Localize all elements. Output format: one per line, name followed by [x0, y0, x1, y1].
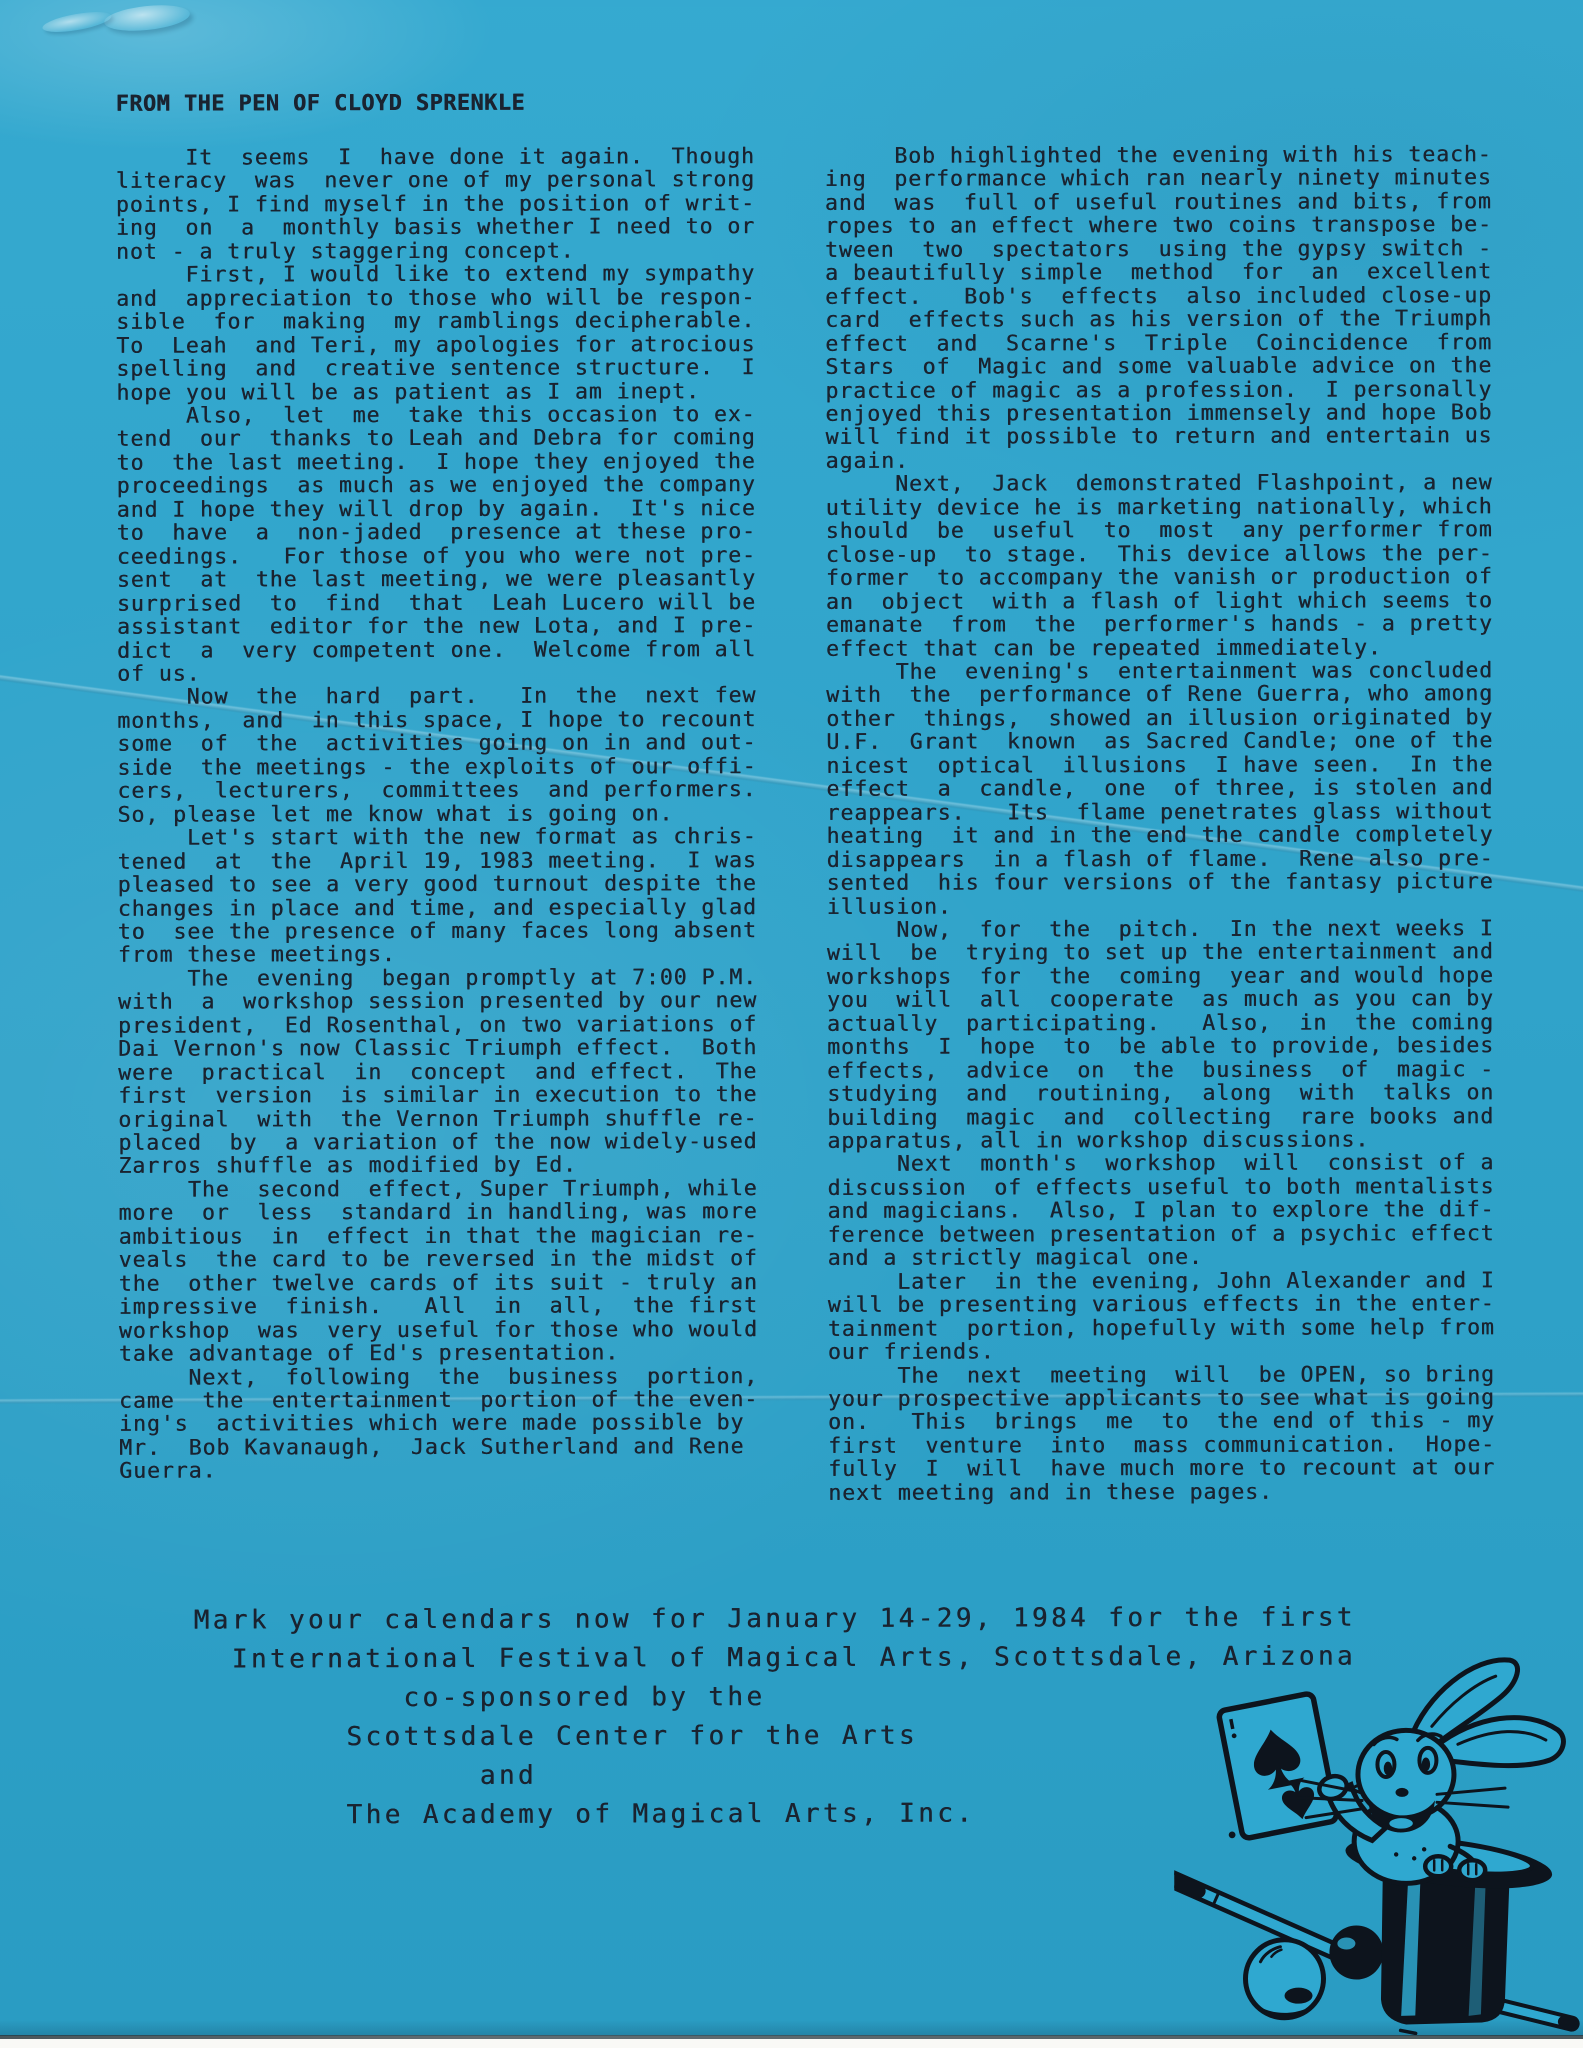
typed-page-content: FROM THE PEN OF CLOYD SPRENKLE It seems …	[0, 0, 1583, 2048]
left-text-column: It seems I have done it again. Though li…	[116, 145, 759, 1483]
wand-knob-icon	[1329, 1925, 1383, 1979]
scan-white-margin	[0, 2039, 1583, 2048]
scan-bottom-shadow	[0, 2020, 1583, 2036]
page-title: FROM THE PEN OF CLOYD SPRENKLE	[116, 91, 525, 117]
ball-icon	[1245, 1940, 1323, 2018]
playing-card-icon	[1218, 1693, 1337, 1839]
rabbit-figure	[1218, 1660, 1564, 1884]
rabbit-magician-illustration	[1174, 1616, 1583, 2037]
ink-speck	[1229, 1831, 1236, 1838]
right-text-column: Bob highlighted the evening with his tea…	[825, 143, 1495, 1505]
scanned-newsletter-page: { "colors": { "paper": "#2da6ce", "ink":…	[0, 0, 1583, 2048]
